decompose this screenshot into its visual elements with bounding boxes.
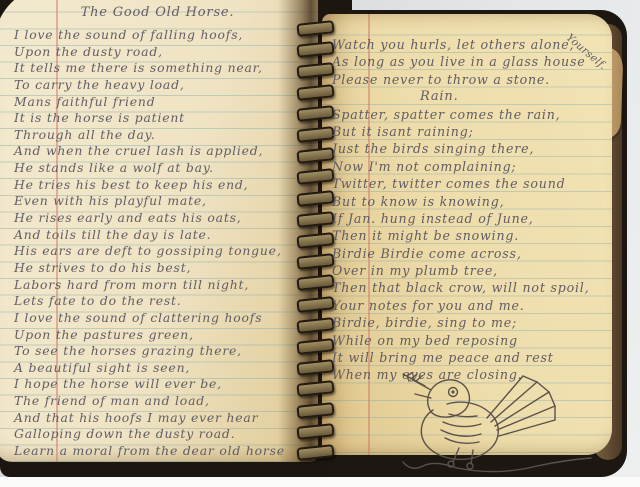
spiral-loop [296,338,334,355]
spiral-loop [296,126,334,143]
branch-line [403,458,591,472]
poem-line: Mans faithful friend [14,94,285,111]
poem-line: But to know is knowing, [332,193,589,210]
spiral-loop [296,62,334,79]
poem-line: Through all the day. [14,127,285,144]
poem-line: It is the horse is patient [14,110,285,127]
spiral-loop [296,253,334,270]
poem-line: He tries his best to keep his end, [14,177,285,194]
spiral-loop [296,232,334,249]
spiral-loop [296,402,334,419]
spiral-loop [296,359,334,376]
poem-line: Now I'm not complaining; [332,158,589,175]
poem-line: Watch you hurls, let others alone, [332,36,589,53]
poem-line: Labors hard from morn till night, [14,277,285,294]
poem-line: Then it might be snowing. [332,227,589,244]
spiral-loop [296,84,334,101]
poem-line: As long as you live in a glass house [332,53,589,70]
poem-line: Just the birds singing there, [332,140,589,157]
poem-line: He stands like a wolf at bay. [14,160,285,177]
poem-line: While on my bed reposing [332,332,589,349]
poem-line: It tells me there is something near, [14,60,285,77]
poem-line: And that his hoofs I may ever hear [14,410,285,427]
spiral-loop [296,41,334,58]
poem-line: He rises early and eats his oats, [14,210,285,227]
spiral-loop [296,317,334,334]
spiral-loop [296,296,334,313]
rain-poem-lines: Spatter, spatter comes the rain,But it i… [332,106,589,384]
spiral-loop [296,380,334,397]
spiral-loop [296,20,334,37]
poem-line: Over in my plumb tree, [332,262,589,279]
poem-line: The friend of man and load, [14,393,285,410]
poem-line: Birdie Birdie come across, [332,245,589,262]
spiral-loop [296,423,334,440]
spiral-loop [296,168,334,185]
poem-title: The Good Old Horse. [60,5,255,20]
poem-line: Learn a moral from the dear old horse [14,443,285,460]
poem-line: To see the horses grazing there, [14,343,285,360]
stanza-lines: Watch you hurls, let others alone,As lon… [332,36,589,88]
poem-line: Twitter, twitter comes the sound [332,175,589,192]
poem-line: It will bring me peace and rest [332,349,589,366]
rain-heading: Rain. [332,88,589,105]
poem-line: Please never to throw a stone. [332,71,589,88]
spiral-loop [296,190,334,207]
poem-line: Lets fate to do the rest. [14,293,285,310]
poem-line: He strives to do his best, [14,260,285,277]
poem-line: If Jan. hung instead of June, [332,210,589,227]
spiral-loop [296,274,334,291]
poem-line: Upon the dusty road, [14,44,285,61]
poem-line: Upon the pastures green, [14,327,285,344]
poem-line: And toils till the day is late. [14,227,285,244]
spiral-loop [296,147,334,164]
bird-drawing [393,372,601,482]
poem-line: I hope the horse will ever be, [14,376,285,393]
poem-line: Birdie, birdie, sing to me; [332,314,589,331]
poem-line: To carry the heavy load, [14,77,285,94]
spiral-loop [296,105,334,122]
poem-line: Galloping down the dusty road. [14,426,285,443]
spiral-loop [296,211,334,228]
poem-line: And when the cruel lash is applied, [14,143,285,160]
left-poem-lines: I love the sound of falling hoofs,Upon t… [14,27,285,460]
poem-line: His ears are deft to gossiping tongue, [14,243,285,260]
poem-line: Your notes for you and me. [332,297,589,314]
spiral-loop [296,444,334,461]
notebook-photo: The Good Old Horse. I love the sound of … [0,0,640,487]
poem-line: Then that black crow, will not spoil, [332,279,589,296]
poem-line: Even with his playful mate, [14,193,285,210]
poem-line: I love the sound of clattering hoofs [14,310,285,327]
poem-line: Spatter, spatter comes the rain, [332,106,589,123]
right-poem-column: Watch you hurls, let others alone,As lon… [332,36,589,384]
poem-line: But it isant raining; [332,123,589,140]
poem-line: A beautiful sight is seen, [14,360,285,377]
poem-line: I love the sound of falling hoofs, [14,27,285,44]
